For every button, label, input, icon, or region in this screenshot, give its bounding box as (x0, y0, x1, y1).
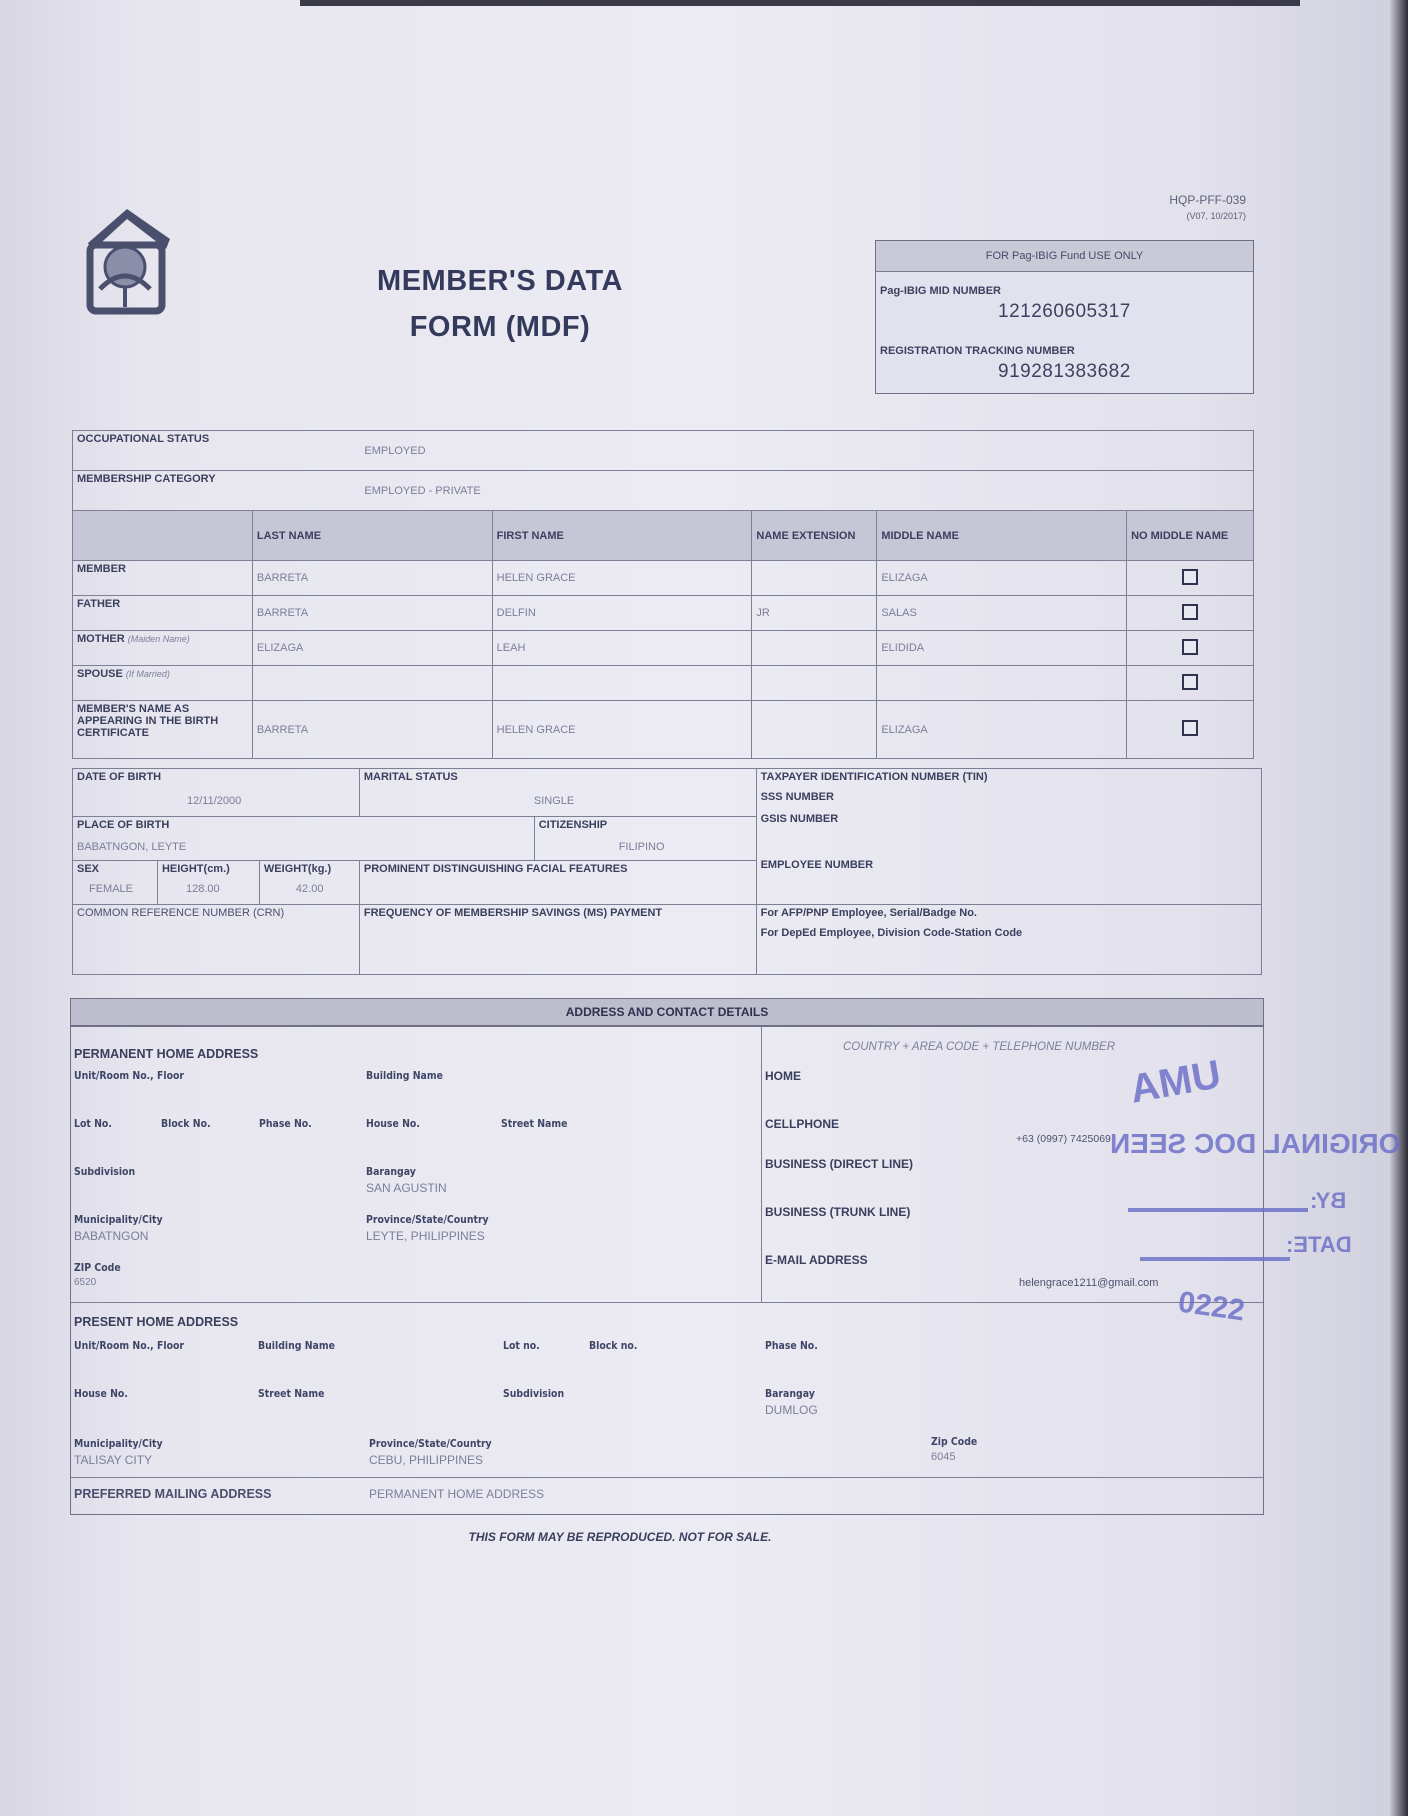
fund-use-only-box: FOR Pag-IBIG Fund USE ONLY Pag-IBIG MID … (875, 240, 1254, 394)
occupational-status-label: OCCUPATIONAL STATUS (73, 431, 253, 471)
row-label-father: FATHER (73, 596, 253, 631)
permanent-address-title: PERMANENT HOME ADDRESS (74, 1047, 258, 1061)
page-right-edge (1390, 0, 1408, 1816)
perm-lot-label: Lot No. (74, 1117, 112, 1130)
mid-number-value: 121260605317 (998, 301, 1131, 323)
gsis-label: GSIS NUMBER (761, 813, 1257, 825)
email-label: E-MAIL ADDRESS (765, 1253, 868, 1267)
perm-block-label: Block No. (161, 1117, 211, 1130)
names-header-blank (73, 511, 253, 561)
spouse-name-extension (752, 666, 877, 701)
member-no-middle-name-checkbox[interactable] (1182, 569, 1198, 585)
dob-value: 12/11/2000 (187, 795, 355, 807)
perm-city-value: BABATNGON (74, 1229, 148, 1243)
stamp-date: DATE: (1286, 1232, 1352, 1258)
perm-zip-label: ZIP Code (74, 1261, 121, 1274)
pob-label: PLACE OF BIRTH (77, 819, 530, 831)
form-code-number: HQP-PFF-039 (1169, 192, 1246, 208)
preferred-mailing-label: PREFERRED MAILING ADDRESS (74, 1487, 271, 1501)
member-last-name: BARRETA (252, 561, 492, 596)
mid-number-label: Pag-IBIG MID NUMBER (880, 285, 1001, 297)
member-names-table: OCCUPATIONAL STATUS EMPLOYED MEMBERSHIP … (72, 430, 1254, 759)
address-section-header: ADDRESS AND CONTACT DETAILS (70, 998, 1264, 1026)
perm-barangay-label: Barangay (366, 1165, 416, 1178)
form-version: (V07, 10/2017) (1169, 208, 1246, 224)
perm-province-value: LEYTE, PHILIPPINES (366, 1229, 485, 1243)
perm-city-label: Municipality/City (74, 1213, 163, 1226)
height-label: HEIGHT(cm.) (162, 863, 255, 875)
pres-block-label: Block no. (589, 1339, 637, 1352)
rtn-label: REGISTRATION TRACKING NUMBER (880, 345, 1075, 357)
mother-no-middle-name-checkbox[interactable] (1182, 639, 1198, 655)
col-last-name: LAST NAME (252, 511, 492, 561)
father-name-extension: JR (752, 596, 877, 631)
reproduction-notice: THIS FORM MAY BE REPRODUCED. NOT FOR SAL… (370, 1530, 870, 1544)
spouse-note: (If Married) (126, 669, 170, 679)
home-phone-label: HOME (765, 1069, 801, 1083)
citizenship-label: CITIZENSHIP (539, 819, 752, 831)
member-name-extension (752, 561, 877, 596)
membership-category-label: MEMBERSHIP CATEGORY (73, 471, 253, 511)
pres-lot-label: Lot no. (503, 1339, 540, 1352)
mother-note: (Maiden Name) (128, 634, 190, 644)
pres-unit-label: Unit/Room No., Floor (74, 1339, 184, 1352)
preferred-mailing-value: PERMANENT HOME ADDRESS (369, 1487, 544, 1501)
email-value: helengrace1211@gmail.com (1019, 1277, 1158, 1289)
membership-category-value: EMPLOYED - PRIVATE (252, 471, 1253, 511)
form-code: HQP-PFF-039 (V07, 10/2017) (1169, 192, 1246, 224)
names-header-row: LAST NAME FIRST NAME NAME EXTENSION MIDD… (73, 511, 1254, 561)
table-row: MEMBER'S NAME AS APPEARING IN THE BIRTH … (73, 701, 1254, 759)
pres-barangay-label: Barangay (765, 1387, 815, 1400)
business-trunk-label: BUSINESS (TRUNK LINE) (765, 1205, 910, 1219)
pres-city-label: Municipality/City (74, 1437, 163, 1450)
mother-middle-name: ELIDIDA (877, 631, 1127, 666)
weight-value: 42.00 (296, 883, 355, 895)
perm-house-label: House No. (366, 1117, 420, 1130)
pres-phase-label: Phase No. (765, 1339, 818, 1352)
perm-province-label: Province/State/Country (366, 1213, 489, 1226)
fund-use-heading: FOR Pag-IBIG Fund USE ONLY (876, 241, 1253, 272)
perm-barangay-value: SAN AGUSTIN (366, 1181, 447, 1195)
father-no-middle-name-checkbox[interactable] (1182, 604, 1198, 620)
dob-label: DATE OF BIRTH (77, 771, 355, 783)
stamp-by: BY: (1310, 1188, 1346, 1214)
stamp-original-doc-seen: ORIGINAL DOC SEEN (1110, 1128, 1400, 1160)
pag-ibig-house-logo-icon (80, 203, 175, 315)
pres-building-label: Building Name (258, 1339, 335, 1352)
personal-info-table: DATE OF BIRTH12/11/2000 MARITAL STATUSSI… (72, 768, 1262, 975)
citizenship-value: FILIPINO (619, 841, 752, 853)
occupational-status-value: EMPLOYED (252, 431, 1253, 471)
pres-province-value: CEBU, PHILIPPINES (369, 1453, 483, 1467)
row-label-spouse: SPOUSE (77, 668, 123, 680)
perm-building-label: Building Name (366, 1069, 443, 1082)
pres-city-value: TALISAY CITY (74, 1453, 152, 1467)
weight-label: WEIGHT(kg.) (264, 863, 355, 875)
crn-label: COMMON REFERENCE NUMBER (CRN) (77, 907, 355, 919)
row-label-birth-certificate-name: MEMBER'S NAME AS APPEARING IN THE BIRTH … (73, 701, 253, 759)
bc-middle-name: ELIZAGA (877, 701, 1127, 759)
pres-house-label: House No. (74, 1387, 128, 1400)
pres-zip-value: 6045 (931, 1451, 955, 1463)
sex-value: FEMALE (89, 883, 153, 895)
mother-name-extension (752, 631, 877, 666)
cellphone-value: +63 (0997) 7425069 (1016, 1133, 1111, 1145)
marital-status-label: MARITAL STATUS (364, 771, 752, 783)
divider (71, 1302, 1263, 1303)
deped-label: For DepEd Employee, Division Code-Statio… (761, 927, 1257, 939)
facial-features-label: PROMINENT DISTINGUISHING FACIAL FEATURES (364, 863, 752, 875)
bc-first-name: HELEN GRACE (492, 701, 752, 759)
cellphone-label: CELLPHONE (765, 1117, 839, 1131)
marital-status-value: SINGLE (534, 795, 752, 807)
pres-barangay-value: DUMLOG (765, 1403, 818, 1417)
col-no-middle-name: NO MIDDLE NAME (1127, 511, 1254, 561)
membership-category-row: MEMBERSHIP CATEGORY EMPLOYED - PRIVATE (73, 471, 1254, 511)
afp-pnp-label: For AFP/PNP Employee, Serial/Badge No. (761, 907, 1257, 919)
table-row: SPOUSE (If Married) (73, 666, 1254, 701)
divider (71, 1477, 1263, 1478)
address-section: PERMANENT HOME ADDRESS Unit/Room No., Fl… (70, 1026, 1264, 1515)
bc-last-name: BARRETA (252, 701, 492, 759)
mother-last-name: ELIZAGA (252, 631, 492, 666)
row-label-mother: MOTHER (77, 633, 125, 645)
title-line-1: MEMBER'S DATA (340, 258, 660, 304)
table-row: FATHER BARRETA DELFIN JR SALAS (73, 596, 1254, 631)
business-direct-label: BUSINESS (DIRECT LINE) (765, 1157, 913, 1171)
pres-subdivision-label: Subdivision (503, 1387, 564, 1400)
member-middle-name: ELIZAGA (877, 561, 1127, 596)
perm-phase-label: Phase No. (259, 1117, 312, 1130)
table-row: MEMBER BARRETA HELEN GRACE ELIZAGA (73, 561, 1254, 596)
perm-unit-label: Unit/Room No., Floor (74, 1069, 184, 1082)
pres-street-label: Street Name (258, 1387, 324, 1400)
page-title: MEMBER'S DATA FORM (MDF) (340, 258, 660, 350)
father-first-name: DELFIN (492, 596, 752, 631)
row-label-member: MEMBER (73, 561, 253, 596)
present-address-title: PRESENT HOME ADDRESS (74, 1315, 238, 1329)
spouse-first-name (492, 666, 752, 701)
page-top-edge (300, 0, 1300, 6)
occupational-status-row: OCCUPATIONAL STATUS EMPLOYED (73, 431, 1254, 471)
father-middle-name: SALAS (877, 596, 1127, 631)
ms-frequency-label: FREQUENCY OF MEMBERSHIP SAVINGS (MS) PAY… (364, 907, 752, 919)
pob-value: BABATNGON, LEYTE (77, 841, 530, 853)
col-middle-name: MIDDLE NAME (877, 511, 1127, 561)
perm-zip-value: 6520 (74, 1277, 96, 1288)
perm-street-label: Street Name (501, 1117, 567, 1130)
father-last-name: BARRETA (252, 596, 492, 631)
table-row: MOTHER (Maiden Name) ELIZAGA LEAH ELIDID… (73, 631, 1254, 666)
rtn-value: 919281383682 (998, 361, 1131, 383)
employee-number-label: EMPLOYEE NUMBER (761, 859, 1257, 871)
title-line-2: FORM (MDF) (340, 304, 660, 350)
col-name-extension: NAME EXTENSION (752, 511, 877, 561)
spouse-no-middle-name-checkbox[interactable] (1182, 674, 1198, 690)
pres-province-label: Province/State/Country (369, 1437, 492, 1450)
tin-label: TAXPAYER IDENTIFICATION NUMBER (TIN) (761, 771, 1257, 783)
spouse-last-name (252, 666, 492, 701)
bc-no-middle-name-checkbox[interactable] (1182, 720, 1198, 736)
spouse-middle-name (877, 666, 1127, 701)
phone-format-hint: COUNTRY + AREA CODE + TELEPHONE NUMBER (843, 1041, 1115, 1053)
pres-zip-label: Zip Code (931, 1435, 977, 1448)
bc-name-extension (752, 701, 877, 759)
member-first-name: HELEN GRACE (492, 561, 752, 596)
divider (761, 1027, 762, 1302)
sss-label: SSS NUMBER (761, 791, 1257, 803)
col-first-name: FIRST NAME (492, 511, 752, 561)
mother-first-name: LEAH (492, 631, 752, 666)
perm-subdivision-label: Subdivision (74, 1165, 135, 1178)
height-value: 128.00 (186, 883, 255, 895)
sex-label: SEX (77, 863, 153, 875)
